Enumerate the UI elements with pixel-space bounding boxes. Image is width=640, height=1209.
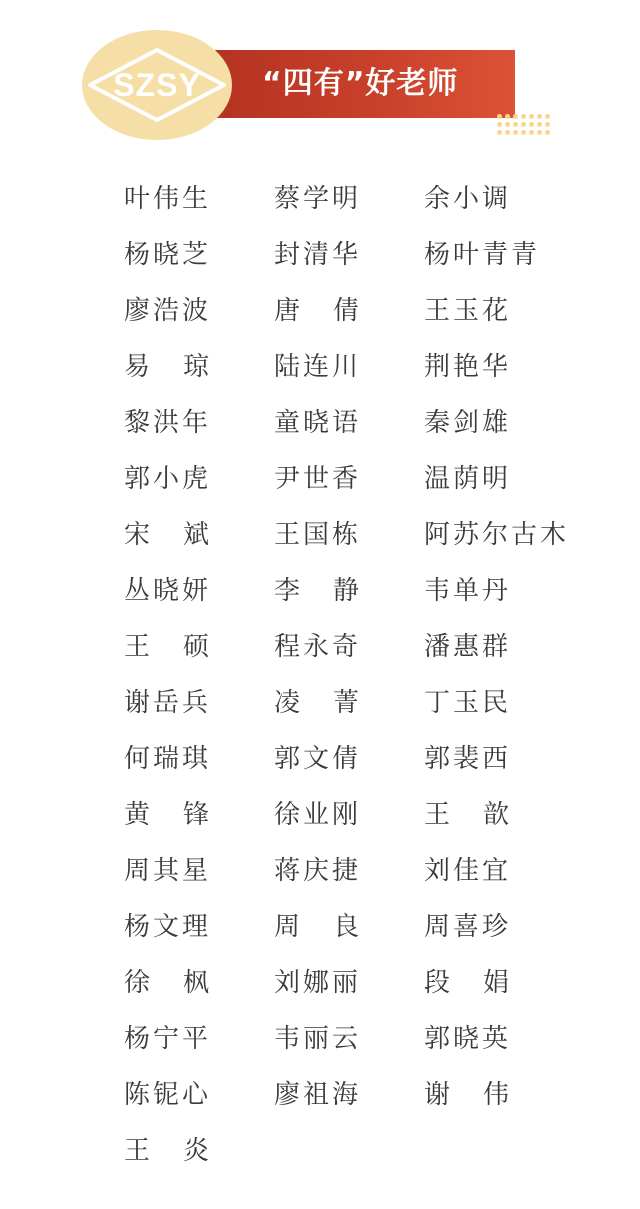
name-row: 郭小虎尹世香温荫明 — [124, 448, 604, 504]
teacher-name: 丁玉民 — [424, 682, 574, 719]
dot — [529, 130, 534, 135]
teacher-name: 何瑞琪 — [124, 738, 274, 775]
teacher-name: 杨晓芝 — [124, 234, 274, 271]
name-row: 杨文理周良周喜珍 — [124, 896, 604, 952]
name-row: 杨宁平韦丽云郭晓英 — [124, 1008, 604, 1064]
teacher-name: 黎洪年 — [124, 402, 274, 439]
teacher-name: 凌菁 — [274, 682, 424, 719]
name-row: 黎洪年童晓语秦剑雄 — [124, 392, 604, 448]
teacher-name: 郭文倩 — [274, 738, 424, 775]
teacher-name: 谢伟 — [424, 1074, 574, 1111]
dot — [505, 114, 510, 119]
dot — [537, 122, 542, 127]
teacher-name: 王炎 — [124, 1130, 274, 1167]
name-row: 徐枫刘娜丽段娟 — [124, 952, 604, 1008]
name-row: 丛晓妍李静韦单丹 — [124, 560, 604, 616]
decorative-dot-grid — [497, 114, 557, 138]
teacher-name: 陆连川 — [274, 346, 424, 383]
teacher-name: 韦单丹 — [424, 570, 574, 607]
teacher-name: 谢岳兵 — [124, 682, 274, 719]
szsy-logo-icon: SZSY — [82, 30, 232, 140]
teacher-name: 廖祖海 — [274, 1074, 424, 1111]
dot — [505, 130, 510, 135]
name-row: 何瑞琪郭文倩郭裴西 — [124, 728, 604, 784]
name-row: 易琼陆连川荆艳华 — [124, 336, 604, 392]
teacher-name: 潘惠群 — [424, 626, 574, 663]
teacher-name: 廖浩波 — [124, 290, 274, 327]
name-row: 周其星蒋庆捷刘佳宜 — [124, 840, 604, 896]
teacher-name: 周良 — [274, 906, 424, 943]
teacher-name: 王歆 — [424, 794, 574, 831]
teacher-name: 段娟 — [424, 962, 574, 999]
teacher-name: 蒋庆捷 — [274, 850, 424, 887]
dot — [545, 122, 550, 127]
teacher-name: 封清华 — [274, 234, 424, 271]
teacher-name: 易琼 — [124, 346, 274, 383]
teacher-name: 周其星 — [124, 850, 274, 887]
teacher-name: 杨叶青青 — [424, 234, 574, 271]
teacher-name: 程永奇 — [274, 626, 424, 663]
section-title: “四有”好老师 — [262, 50, 458, 118]
teacher-name: 余小调 — [424, 178, 574, 215]
dot — [505, 122, 510, 127]
teacher-name: 徐枫 — [124, 962, 274, 999]
dot — [537, 130, 542, 135]
dot — [521, 122, 526, 127]
teacher-name: 杨宁平 — [124, 1018, 274, 1055]
name-row: 廖浩波唐倩王玉花 — [124, 280, 604, 336]
teacher-name: 唐倩 — [274, 290, 424, 327]
name-row: 杨晓芝封清华杨叶青青 — [124, 224, 604, 280]
name-row: 叶伟生蔡学明余小调 — [124, 168, 604, 224]
teacher-name: 尹世香 — [274, 458, 424, 495]
dot — [513, 114, 518, 119]
teacher-name: 刘娜丽 — [274, 962, 424, 999]
teacher-name: 蔡学明 — [274, 178, 424, 215]
teacher-name: 王玉花 — [424, 290, 574, 327]
dot — [513, 122, 518, 127]
teacher-name: 郭裴西 — [424, 738, 574, 775]
teacher-name: 叶伟生 — [124, 178, 274, 215]
teacher-name: 王硕 — [124, 626, 274, 663]
name-row: 王硕程永奇潘惠群 — [124, 616, 604, 672]
name-row: 谢岳兵凌菁丁玉民 — [124, 672, 604, 728]
teacher-name: 王国栋 — [274, 514, 424, 551]
dot — [497, 122, 502, 127]
teacher-name: 陈铌心 — [124, 1074, 274, 1111]
teacher-name: 郭晓英 — [424, 1018, 574, 1055]
svg-text:SZSY: SZSY — [113, 67, 201, 103]
dot — [521, 130, 526, 135]
dot — [497, 130, 502, 135]
teacher-name: 韦丽云 — [274, 1018, 424, 1055]
name-row: 宋斌王国栋阿苏尔古木 — [124, 504, 604, 560]
dot — [537, 114, 542, 119]
dot — [529, 114, 534, 119]
dot — [529, 122, 534, 127]
teacher-name: 童晓语 — [274, 402, 424, 439]
teacher-name: 徐业刚 — [274, 794, 424, 831]
teacher-name: 周喜珍 — [424, 906, 574, 943]
dot — [521, 114, 526, 119]
dot — [545, 114, 550, 119]
dot — [497, 114, 502, 119]
teacher-name: 郭小虎 — [124, 458, 274, 495]
teacher-name: 阿苏尔古木 — [424, 514, 574, 551]
teacher-name: 黄锋 — [124, 794, 274, 831]
teacher-name: 刘佳宜 — [424, 850, 574, 887]
teacher-name-list: 叶伟生蔡学明余小调杨晓芝封清华杨叶青青廖浩波唐倩王玉花易琼陆连川荆艳华黎洪年童晓… — [124, 168, 604, 1176]
dot — [545, 130, 550, 135]
name-row: 陈铌心廖祖海谢伟 — [124, 1064, 604, 1120]
section-header: “四有”好老师 SZSY — [0, 0, 640, 150]
teacher-name: 丛晓妍 — [124, 570, 274, 607]
teacher-name: 李静 — [274, 570, 424, 607]
teacher-name: 宋斌 — [124, 514, 274, 551]
name-row: 王炎 — [124, 1120, 604, 1176]
teacher-name: 秦剑雄 — [424, 402, 574, 439]
teacher-name: 荆艳华 — [424, 346, 574, 383]
teacher-name: 杨文理 — [124, 906, 274, 943]
name-row: 黄锋徐业刚王歆 — [124, 784, 604, 840]
dot — [513, 130, 518, 135]
teacher-name: 温荫明 — [424, 458, 574, 495]
